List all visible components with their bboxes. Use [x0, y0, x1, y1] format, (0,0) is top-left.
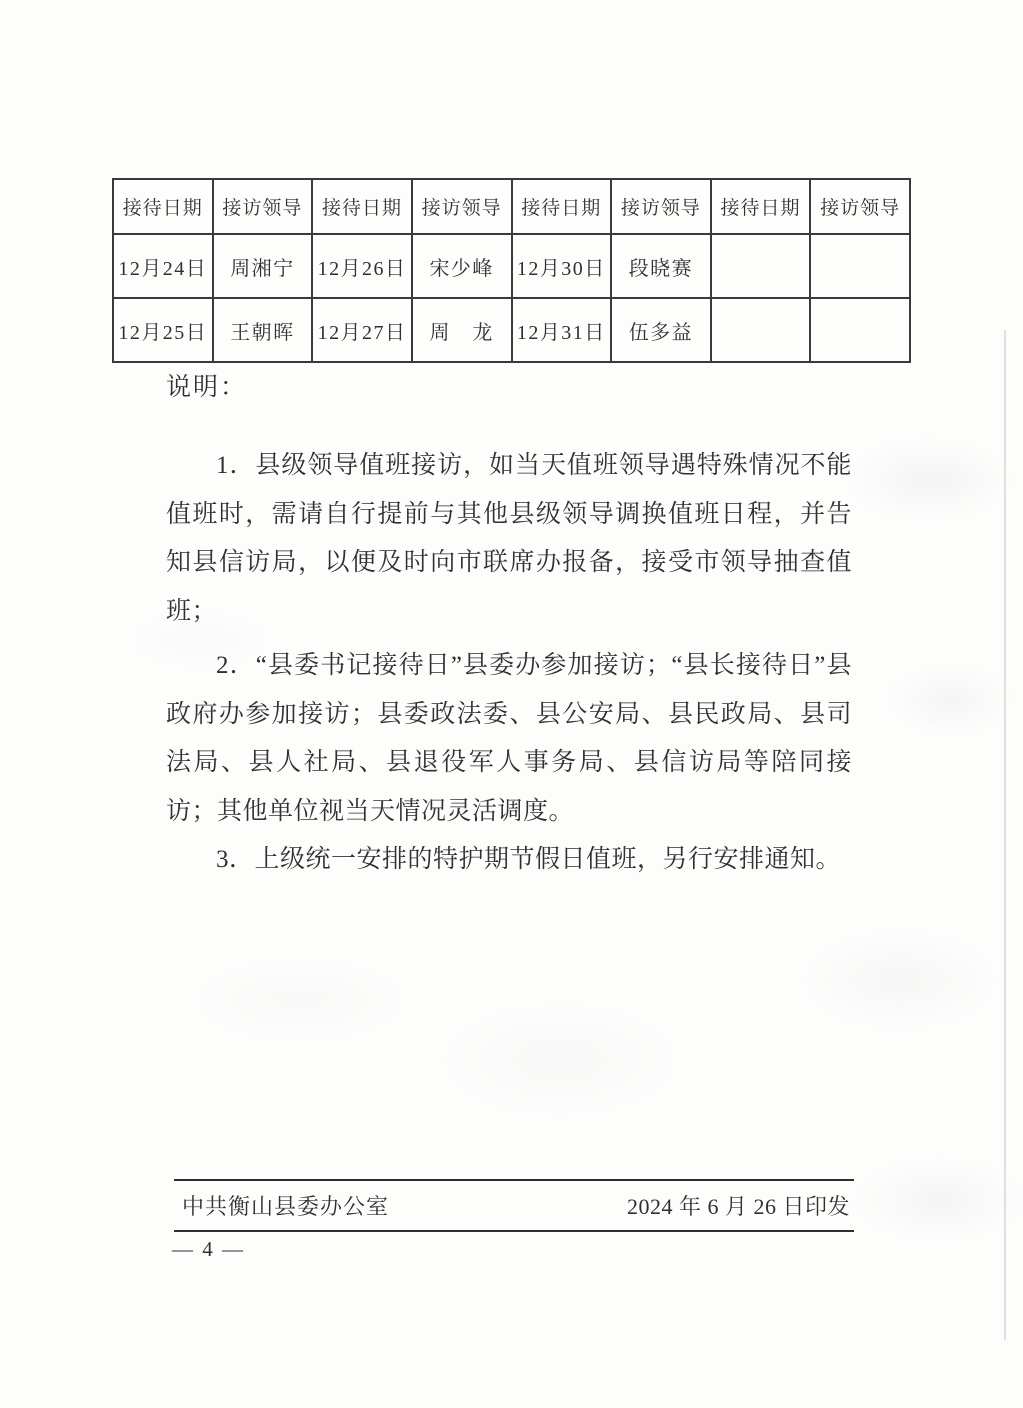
table-header-cell: 接待日期	[512, 179, 612, 234]
scanned-document-page: 接待日期 接访领导 接待日期 接访领导 接待日期 接访领导 接待日期 接访领导 …	[0, 0, 1023, 1408]
table-header-cell: 接访领导	[412, 179, 512, 234]
note-item-1: 1．县级领导值班接访，如当天值班领导遇特殊情况不能值班时，需请自行提前与其他县级…	[166, 442, 852, 636]
table-cell-date: 12月30日	[512, 234, 612, 298]
table-header-cell: 接访领导	[611, 179, 711, 234]
table-cell-leader-empty	[810, 298, 910, 362]
table-cell-date: 12月24日	[113, 234, 213, 298]
scan-edge-artifact	[1004, 330, 1006, 1340]
table-cell-date: 12月27日	[312, 298, 412, 362]
table-cell-leader: 周湘宁	[213, 234, 313, 298]
table-header-cell: 接访领导	[810, 179, 910, 234]
table-cell-date: 12月26日	[312, 234, 412, 298]
table-cell-date: 12月25日	[113, 298, 213, 362]
table-cell-date-empty	[711, 234, 811, 298]
notes-title: 说明：	[166, 368, 852, 408]
table-cell-leader: 周 龙	[412, 298, 512, 362]
notes-section: 说明： 1．县级领导值班接访，如当天值班领导遇特殊情况不能值班时，需请自行提前与…	[166, 368, 852, 885]
print-date: 2024 年 6 月 26 日印发	[627, 1190, 850, 1221]
table-row: 12月24日 周湘宁 12月26日 宋少峰 12月30日 段晓赛	[113, 234, 910, 298]
note-item-2: 2．“县委书记接待日”县委办参加接访；“县长接待日”县政府办参加接访；县委政法委…	[166, 642, 852, 836]
table-header-cell: 接访领导	[213, 179, 313, 234]
table-row: 12月25日 王朝晖 12月27日 周 龙 12月31日 伍多益	[113, 298, 910, 362]
table-cell-leader: 段晓赛	[611, 234, 711, 298]
page-number: — 4 —	[172, 1237, 245, 1262]
table-cell-date-empty	[711, 298, 811, 362]
table-cell-date: 12月31日	[512, 298, 612, 362]
table-cell-leader: 王朝晖	[213, 298, 313, 362]
note-item-3: 3．上级统一安排的特护期节假日值班，另行安排通知。	[166, 836, 852, 885]
duty-schedule-table: 接待日期 接访领导 接待日期 接访领导 接待日期 接访领导 接待日期 接访领导 …	[112, 178, 911, 363]
table-header-cell: 接待日期	[312, 179, 412, 234]
colophon-bar: 中共衡山县委办公室 2024 年 6 月 26 日印发	[174, 1179, 854, 1232]
table-cell-leader-empty	[810, 234, 910, 298]
table-header-cell: 接待日期	[113, 179, 213, 234]
table-cell-leader: 伍多益	[611, 298, 711, 362]
issuing-office: 中共衡山县委办公室	[182, 1190, 389, 1221]
table-cell-leader: 宋少峰	[412, 234, 512, 298]
table-header-cell: 接待日期	[711, 179, 811, 234]
table-header-row: 接待日期 接访领导 接待日期 接访领导 接待日期 接访领导 接待日期 接访领导	[113, 179, 910, 234]
